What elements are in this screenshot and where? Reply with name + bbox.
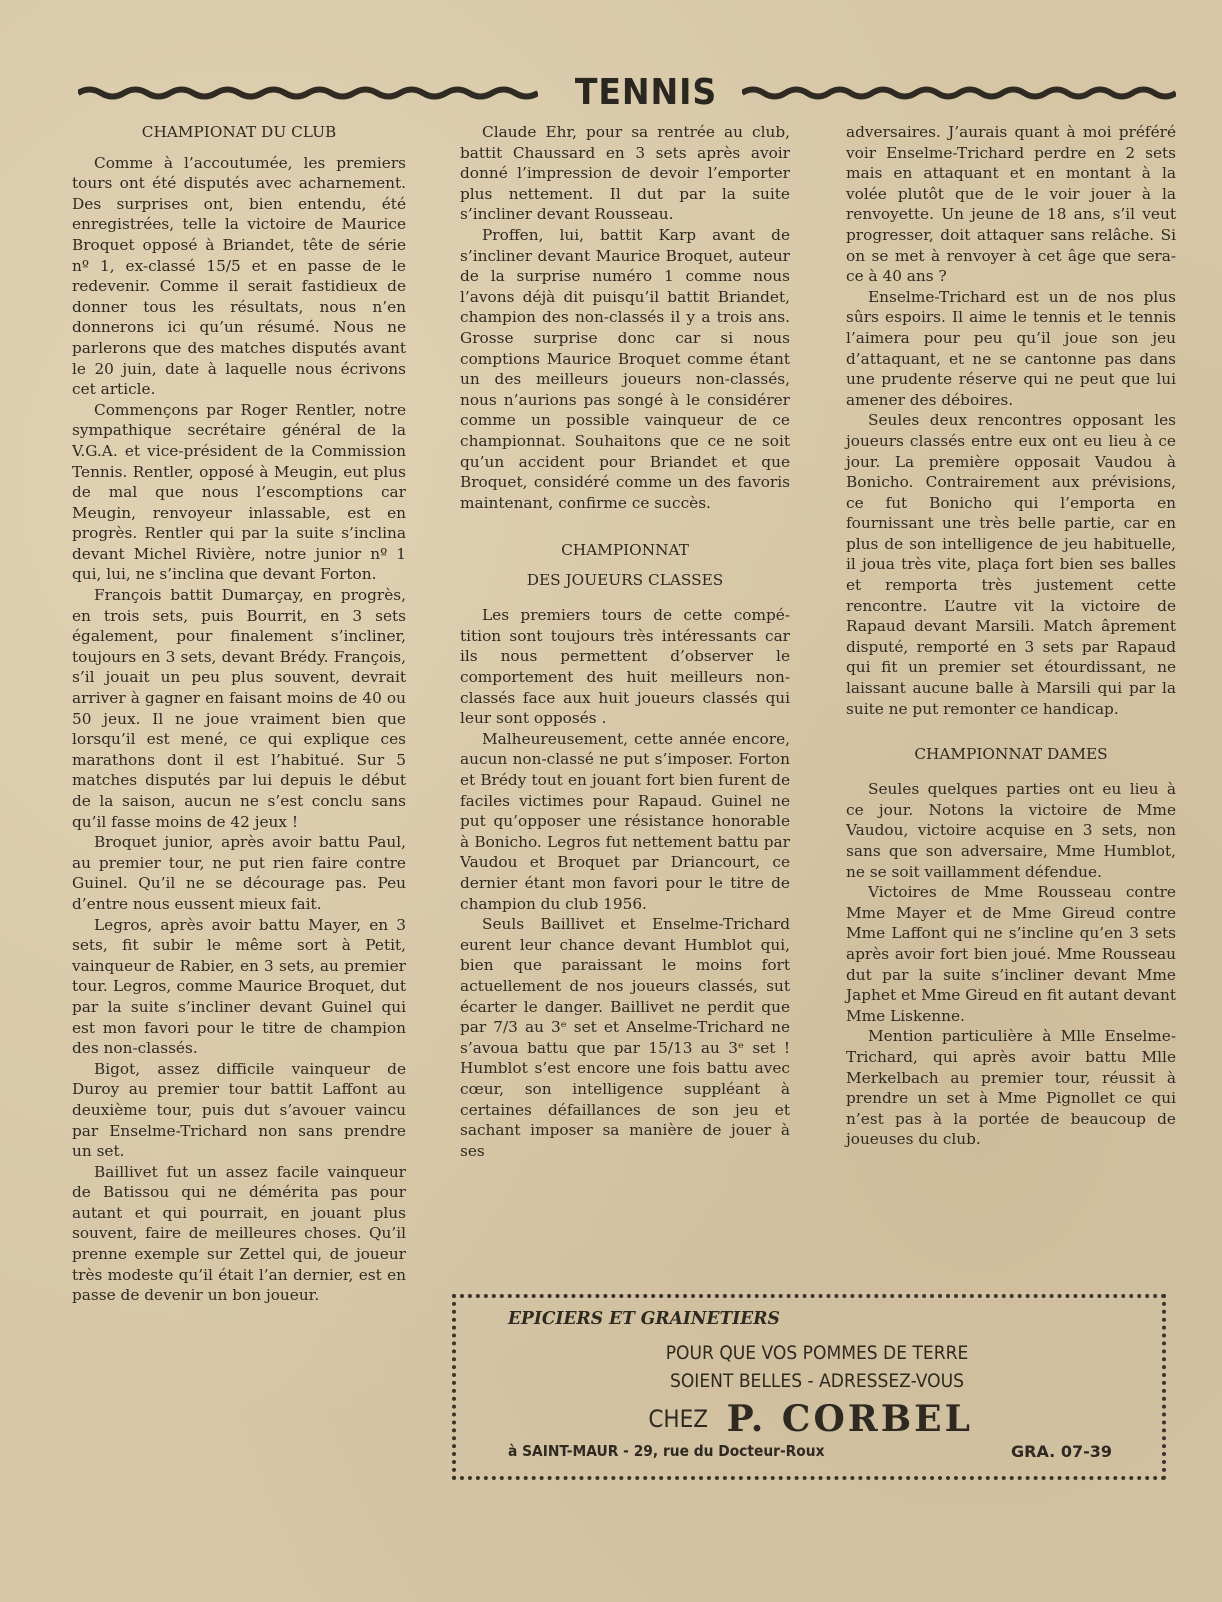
ad-address: à SAINT-MAUR - 29, rue du Docteur-Roux [508, 1442, 825, 1460]
paragraph: Baillivet fut un assez facile vain­queur… [72, 1162, 406, 1306]
paragraph: Claude Ehr, pour sa rentrée au club, bat… [460, 122, 790, 225]
masthead: TENNIS [78, 72, 1178, 116]
article-column-1: CHAMPIONAT DU CLUB Comme à l’accoutumée,… [72, 122, 406, 1306]
paragraph: François battit Dumarçay, en pro­grès, e… [72, 585, 406, 832]
advertisement-box: EPICIERS ET GRAINETIERS POUR QUE VOS POM… [452, 1294, 1166, 1480]
paragraph: Mention particulière à Mlle Ensel­me-Tri… [846, 1026, 1176, 1150]
ad-line-1: POUR QUE VOS POMMES DE TERRE [499, 1342, 1134, 1364]
ad-chez: CHEZ [648, 1405, 708, 1433]
ad-line-2: SOIENT BELLES - ADRESSEZ-VOUS [499, 1370, 1134, 1392]
wavy-rule-left [78, 86, 538, 100]
ad-phone: GRA. 07-39 [1011, 1442, 1112, 1461]
paragraph: Seules deux rencontres opposant les joue… [846, 410, 1176, 719]
section-heading-dames: CHAMPIONNAT DAMES [846, 739, 1176, 769]
paragraph: Enselme-Trichard est un de nos plus sûrs… [846, 287, 1176, 411]
ad-brand: P. CORBEL [727, 1398, 973, 1440]
paragraph: Bigot, assez difficile vainqueur de Duro… [72, 1059, 406, 1162]
article-column-3: adversaires. J’aurais quant à moi préfér… [846, 122, 1176, 1150]
paragraph: Victoires de Mme Rousseau contre Mme May… [846, 882, 1176, 1026]
page-title: TENNIS [563, 72, 729, 113]
section-heading-line: CHAMPIONNAT [460, 535, 790, 565]
section-heading-club: CHAMPIONAT DU CLUB [72, 122, 406, 143]
ad-brand-line: CHEZ P. CORBEL [456, 1398, 1162, 1440]
section-heading-line: DES JOUEURS CLASSES [460, 565, 790, 595]
section-heading-line: CHAMPIONNAT DAMES [846, 739, 1176, 769]
section-heading-classes: CHAMPIONNAT DES JOUEURS CLASSES [460, 535, 790, 595]
paragraph: Broquet junior, après avoir battu Paul, … [72, 832, 406, 914]
paragraph: Comme à l’accoutumée, les pre­miers tour… [72, 153, 406, 400]
article-column-2: Claude Ehr, pour sa rentrée au club, bat… [460, 122, 790, 1161]
paragraph: Seules quelques parties ont eu lieu à ce… [846, 779, 1176, 882]
wavy-rule-right [742, 86, 1176, 100]
paragraph: Proffen, lui, battit Karp avant de s’inc… [460, 225, 790, 513]
ad-tagline: EPICIERS ET GRAINETIERS [508, 1308, 780, 1329]
paragraph: Legros, après avoir battu Mayer, en 3 se… [72, 915, 406, 1059]
paragraph: Malheureusement, cette année en­core, au… [460, 729, 790, 914]
paragraph: Commençons par Roger Rentler, notre symp… [72, 400, 406, 585]
paragraph: adversaires. J’aurais quant à moi préfér… [846, 122, 1176, 287]
paragraph: Seuls Baillivet et Enselme-Trichard eure… [460, 914, 790, 1161]
paragraph: Les premiers tours de cette compé­tition… [460, 605, 790, 729]
